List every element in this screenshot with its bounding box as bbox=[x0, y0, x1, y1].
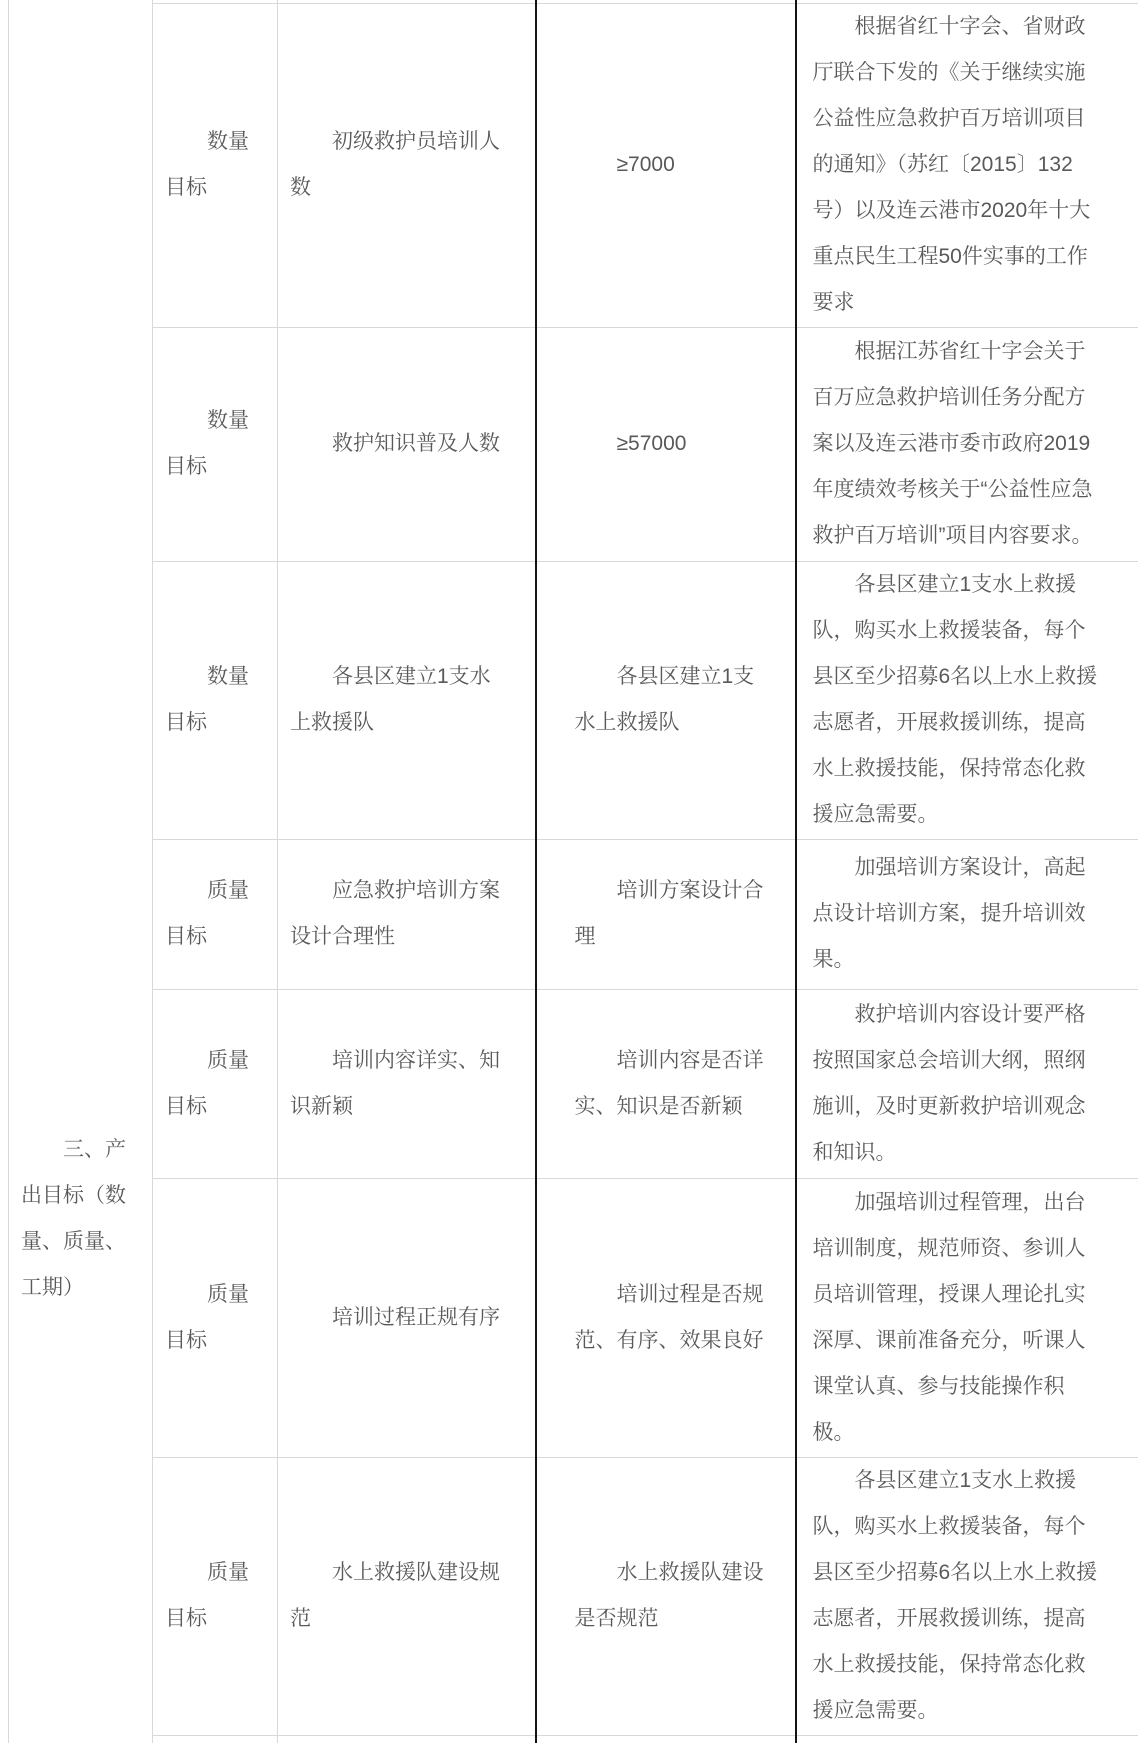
explanation-cell: 根据江苏省红十字会关于百万应急救护培训任务分配方案以及连云港市委市政府2019年… bbox=[796, 327, 1138, 561]
category-cell: 质量目标 bbox=[153, 839, 278, 989]
category-cell: 数量目标 bbox=[153, 327, 278, 561]
explanation-cell: 根据省红十字会、省财政厅联合下发的《关于继续实施公益性应急救护百万培训项目的通知… bbox=[796, 3, 1138, 327]
category-cell: 质量目标 bbox=[153, 989, 278, 1178]
explanation-cell: 加强培训过程管理，出台培训制度，规范师资、参训人员培训管理，授课人理论扎实深厚、… bbox=[796, 1178, 1138, 1457]
table-row: 质量目标 应急救护培训方案设计合理性 培训方案设计合理 加强培训方案设计，高起点… bbox=[9, 839, 1138, 989]
explanation-cell: 各县区建立1支水上救援队，购买水上救援装备，每个县区至少招募6名以上水上救援志愿… bbox=[796, 1457, 1138, 1735]
target-value-cell: ≥7000 bbox=[536, 3, 796, 327]
indicator-cell: 水上救援队建设规范 bbox=[278, 1457, 536, 1735]
table-row: 质量目标 培训内容详实、知识新颖 培训内容是否详实、知识是否新颖 救护培训内容设… bbox=[9, 989, 1138, 1178]
section-header-text: 三、产出目标（数量、质量、工期） bbox=[21, 1127, 130, 1311]
table-row: 质量目标 培训过程正规有序 培训过程是否规范、有序、效果良好 加强培训过程管理，… bbox=[9, 1178, 1138, 1457]
target-value-cell: ≥57000 bbox=[536, 327, 796, 561]
target-value-cell: 培训内容是否详实、知识是否新颖 bbox=[536, 989, 796, 1178]
performance-targets-table: 三、产出目标（数量、质量、工期） 数量目标 初级救护员培训人数 ≥7000 根据… bbox=[8, 0, 1138, 1743]
target-value-cell: 培训方案设计合理 bbox=[536, 839, 796, 989]
indicator-cell: 救护知识普及人数 bbox=[278, 327, 536, 561]
target-value-cell: 水上救援队建设是否规范 bbox=[536, 1457, 796, 1735]
target-value-cell: 各县区建立1支水上救援队 bbox=[536, 561, 796, 839]
category-cell: 质量目标 bbox=[153, 1457, 278, 1735]
category-cell: 质量目标 bbox=[153, 1178, 278, 1457]
indicator-cell: 各县区建立1支水上救援队 bbox=[278, 561, 536, 839]
explanation-cell: 加强培训方案设计，高起点设计培训方案，提升培训效果。 bbox=[796, 839, 1138, 989]
category-cell: 数量目标 bbox=[153, 561, 278, 839]
category-cell: 数量目标 bbox=[153, 3, 278, 327]
target-value-cell: 培训过程是否规范、有序、效果良好 bbox=[536, 1178, 796, 1457]
table-row: 质量目标 水上救援队建设规范 水上救援队建设是否规范 各县区建立1支水上救援队，… bbox=[9, 1457, 1138, 1735]
table-row: 数量目标 救护知识普及人数 ≥57000 根据江苏省红十字会关于百万应急救护培训… bbox=[9, 327, 1138, 561]
explanation-cell: 救护培训内容设计要严格按照国家总会培训大纲，照纲施训，及时更新救护培训观念和知识… bbox=[796, 989, 1138, 1178]
page: 三、产出目标（数量、质量、工期） 数量目标 初级救护员培训人数 ≥7000 根据… bbox=[0, 0, 1138, 1743]
table-row: 数量目标 各县区建立1支水上救援队 各县区建立1支水上救援队 各县区建立1支水上… bbox=[9, 561, 1138, 839]
explanation-cell: 各县区建立1支水上救援队，购买水上救援装备，每个县区至少招募6名以上水上救援志愿… bbox=[796, 561, 1138, 839]
indicator-cell: 培训内容详实、知识新颖 bbox=[278, 989, 536, 1178]
indicator-cell: 初级救护员培训人数 bbox=[278, 3, 536, 327]
indicator-cell: 培训过程正规有序 bbox=[278, 1178, 536, 1457]
indicator-cell: 应急救护培训方案设计合理性 bbox=[278, 839, 536, 989]
merged-section-header-cell: 三、产出目标（数量、质量、工期） bbox=[9, 0, 153, 1743]
table-row: 数量目标 初级救护员培训人数 ≥7000 根据省红十字会、省财政厅联合下发的《关… bbox=[9, 3, 1138, 327]
cutoff-row-bottom bbox=[9, 1735, 1138, 1743]
